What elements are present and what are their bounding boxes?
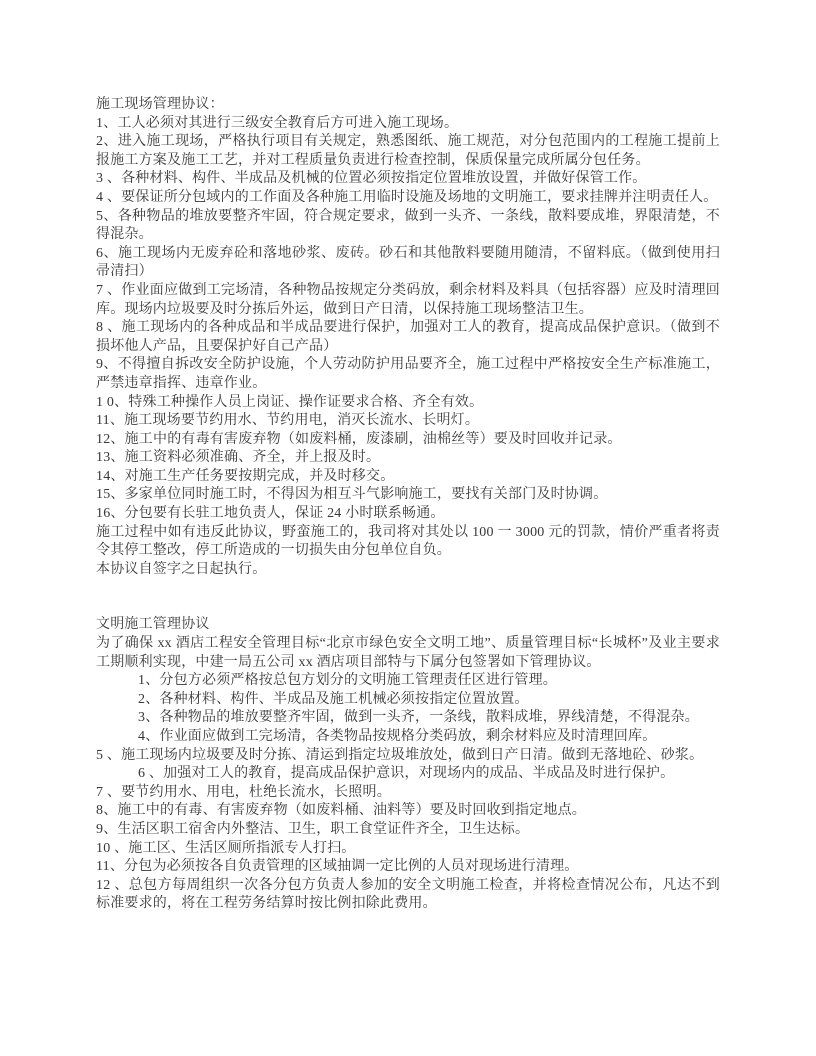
section1-title: 施工现场管理协议： [96, 96, 720, 115]
section1-clause: 4 、要保证所分包域内的工作面及各种施工用临时设施及场地的文明施工，要求挂牌并注… [96, 189, 720, 208]
section1-clause: 1、工人必须对其进行三级安全教育后方可进入施工现场。 [96, 115, 720, 134]
section1-clause: 1 0、特殊工种操作人员上岗证、操作证要求合格、齐全有效。 [96, 394, 720, 413]
section2-clause: 1、分包方必须严格按总包方划分的文明施工管理责任区进行管理。 [96, 672, 720, 691]
section1-clause: 5、各种物品的堆放要整齐牢固，符合规定要求，做到一头齐、一条线，散料要成堆，界限… [96, 208, 720, 245]
section2-intro-paragraph: 为了确保 xx 酒店工程安全管理目标“北京市绿色安全文明工地”、质量管理目标“长… [96, 635, 720, 672]
section1-clause-list: 1、工人必须对其进行三级安全教育后方可进入施工现场。2、进入施工现场，严格执行项… [96, 115, 720, 524]
section1-effective-paragraph: 本协议自签字之日起执行。 [96, 561, 720, 580]
section2-clause: 12 、总包方每周组织一次各分包方负责人参加的安全文明施工检查，并将检查情况公布… [96, 877, 720, 914]
section2-clause: 10 、施工区、生活区厕所指派专人打扫。 [96, 840, 720, 859]
section2-clause: 5 、施工现场内垃圾要及时分拣、清运到指定垃圾堆放处，做到日产日清。做到无落地砼… [96, 747, 720, 766]
section2-clause: 7 、要节约用水、用电，杜绝长流水，长照明。 [96, 784, 720, 803]
section2-clause: 11、分包为必须按各自负责管理的区域抽调一定比例的人员对现场进行清理。 [96, 858, 720, 877]
document-body: 施工现场管理协议： 1、工人必须对其进行三级安全教育后方可进入施工现场。2、进入… [96, 96, 720, 914]
section1-clause: 6、施工现场内无废弃砼和落地砂浆、废砖。砂石和其他散料要随用随清，不留料底。（做… [96, 245, 720, 282]
section2-clause: 9、生活区职工宿舍内外整洁、卫生，职工食堂证件齐全，卫生达标。 [96, 821, 720, 840]
section1-clause: 16、分包要有长驻工地负责人，保证 24 小时联系畅通。 [96, 505, 720, 524]
section2-clause: 6 、加强对工人的教育，提高成品保护意识，对现场内的成品、半成品及时进行保护。 [96, 765, 720, 784]
section1-clause: 14、对施工生产任务要按期完成，并及时移交。 [96, 468, 720, 487]
section1-clause: 7 、作业面应做到工完场清，各种物品按规定分类码放，剩余材料及料具（包括容器）应… [96, 282, 720, 319]
section1-clause: 13、施工资料必须准确、齐全，并上报及时。 [96, 449, 720, 468]
section2-clause: 4、作业面应做到工完场清，各类物品按规格分类码放，剩余材料应及时清理回库。 [96, 728, 720, 747]
section1-clause: 15、多家单位同时施工时，不得因为相互斗气影响施工，要找有关部门及时协调。 [96, 486, 720, 505]
section1-clause: 3 、各种材料、构件、半成品及机械的位置必须按指定位置堆放设置，并做好保管工作。 [96, 170, 720, 189]
section2-clause: 8、施工中的有毒、有害废弃物（如废料桶、油料等）要及时回收到指定地点。 [96, 802, 720, 821]
section1-clause: 2、进入施工现场，严格执行项目有关规定，熟悉图纸、施工规范，对分包范围内的工程施… [96, 133, 720, 170]
section2-clause: 3、各种物品的堆放要整齐牢固，做到一头齐，一条线，散料成堆，界线清楚，不得混杂。 [96, 709, 720, 728]
section1-clause: 12、施工中的有毒有害废弃物（如废料桶，废漆刷，油棉丝等）要及时回收并记录。 [96, 431, 720, 450]
section2-clause: 2、各种材料、构件、半成品及施工机械必须按指定位置放置。 [96, 691, 720, 710]
section1-penalty-paragraph: 施工过程中如有违反此协议，野蛮施工的，我司将对其处以 100 一 3000 元的… [96, 524, 720, 561]
section-site-management-agreement: 施工现场管理协议： 1、工人必须对其进行三级安全教育后方可进入施工现场。2、进入… [96, 96, 720, 579]
section-civilized-construction-agreement: 文明施工管理协议 为了确保 xx 酒店工程安全管理目标“北京市绿色安全文明工地”… [96, 616, 720, 914]
document-page: 施工现场管理协议： 1、工人必须对其进行三级安全教育后方可进入施工现场。2、进入… [0, 0, 816, 1056]
section-divider-space [96, 579, 720, 616]
section2-title: 文明施工管理协议 [96, 616, 720, 635]
section1-clause: 11、施工现场要节约用水、节约用电，消灭长流水、长明灯。 [96, 412, 720, 431]
section1-clause: 8 、施工现场内的各种成品和半成品要进行保护，加强对工人的教育，提高成品保护意识… [96, 319, 720, 356]
section2-clause-list: 1、分包方必须严格按总包方划分的文明施工管理责任区进行管理。2、各种材料、构件、… [96, 672, 720, 914]
section1-clause: 9、不得擅自拆改安全防护设施，个人劳动防护用品要齐全，施工过程中严格按安全生产标… [96, 356, 720, 393]
